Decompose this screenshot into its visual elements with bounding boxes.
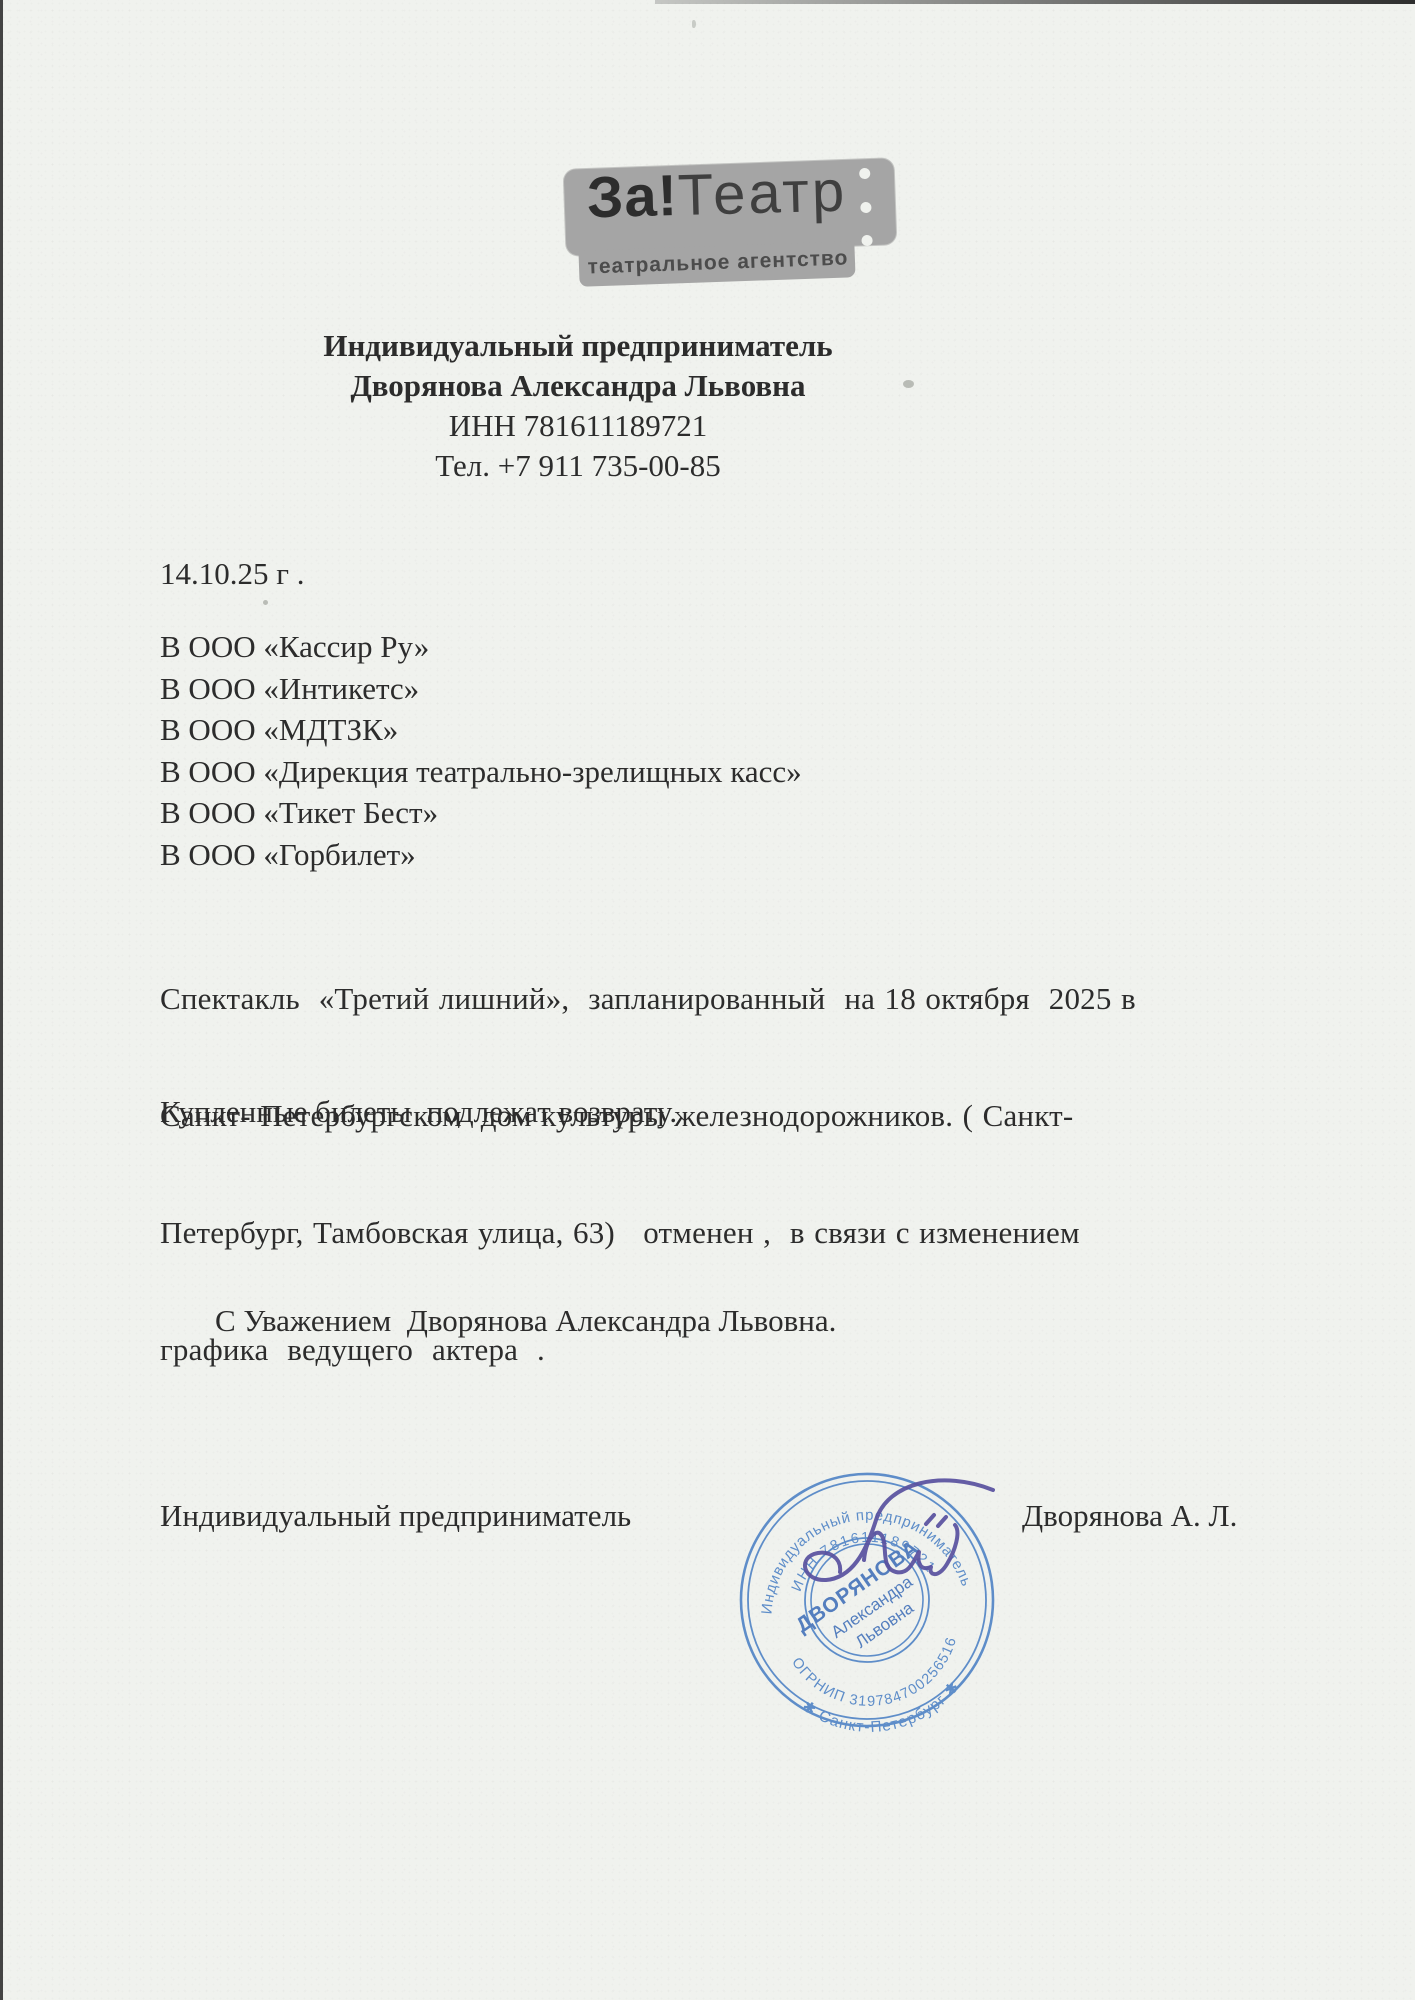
regards-line: С Уважением Дворянова Александра Львовна… [215, 1303, 836, 1339]
refund-line: Купленные билеты подлежат возврату. [160, 1094, 677, 1130]
logo-wordmark: За!Театр [586, 163, 848, 228]
cancellation-paragraph: Спектакль «Третий лишний», запланированн… [160, 901, 1136, 1447]
letterhead-line1: Индивидуальный предприниматель [158, 326, 998, 366]
handwritten-signature [768, 1468, 1008, 1608]
za-teatr-logo: За!Театр театральное агентство [565, 150, 1035, 290]
scanned-letter-page: За!Театр театральное агентство Индивидуа… [0, 0, 1415, 2000]
logo-za-text: За! [586, 163, 679, 230]
recipient-line: В ООО «Дирекция театрально-зрелищных кас… [160, 751, 802, 793]
recipients-list: В ООО «Кассир Ру» В ООО «Интикетс» В ООО… [160, 626, 802, 875]
letterhead-line2: Дворянова Александра Львовна [158, 366, 998, 406]
recipient-line: В ООО «МДТЗК» [160, 709, 802, 751]
letterhead-inn: ИНН 781611189721 [158, 406, 998, 446]
letterhead: Индивидуальный предприниматель Дворянова… [158, 326, 998, 486]
signature-right-name: Дворянова А. Л. [1022, 1498, 1237, 1534]
letterhead-phone: Тел. +7 911 735-00-85 [158, 446, 998, 486]
date-line: 14.10.25 г . [160, 556, 304, 592]
scan-speck [692, 20, 696, 28]
recipient-line: В ООО «Кассир Ру» [160, 626, 802, 668]
signature-left-label: Индивидуальный предприниматель [160, 1498, 631, 1534]
paragraph-line: Спектакль «Третий лишний», запланированн… [160, 979, 1136, 1018]
scan-edge-top [655, 0, 1415, 4]
recipient-line: В ООО «Горбилет» [160, 834, 802, 876]
recipient-line: В ООО «Интикетс» [160, 668, 802, 710]
scan-edge-left [0, 0, 3, 2000]
paragraph-line: Петербург, Тамбовская улица, 63) отменен… [160, 1213, 1136, 1252]
scan-speck [263, 600, 268, 605]
recipient-line: В ООО «Тикет Бест» [160, 792, 802, 834]
logo-teatr-text: Театр [677, 159, 848, 228]
